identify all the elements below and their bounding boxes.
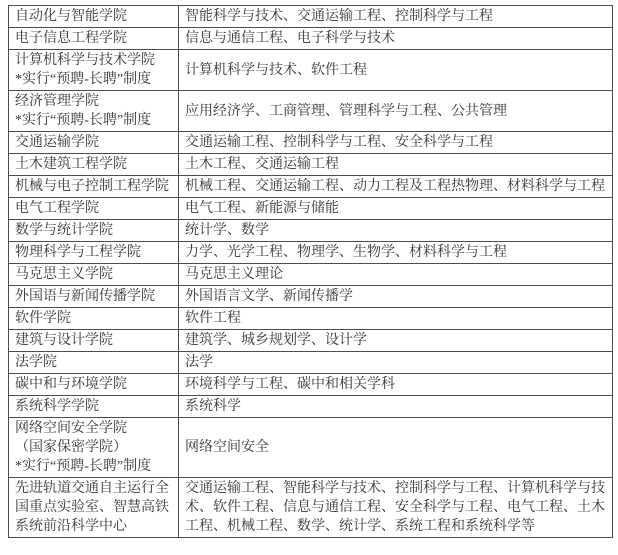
disciplines-cell: 应用经济学、工商管理、管理科学与工程、公共管理	[179, 91, 613, 132]
college-cell: 软件学院	[9, 308, 179, 330]
college-cell: 网络空间安全学院 （国家保密学院） *实行“预聘-长聘”制度	[9, 418, 179, 478]
college-cell: 交通运输学院	[9, 132, 179, 154]
disciplines-cell: 系统科学	[179, 396, 613, 418]
college-cell: 电子信息工程学院	[9, 28, 179, 50]
disciplines-cell: 网络空间安全	[179, 418, 613, 478]
document-page: 自动化与智能学院 智能科学与技术、交通运输工程、控制科学与工程 电子信息工程学院…	[0, 0, 618, 555]
disciplines-cell: 信息与通信工程、电子科学与技术	[179, 28, 613, 50]
disciplines-cell: 计算机科学与技术、软件工程	[179, 50, 613, 91]
table-row: 碳中和与环境学院 环境科学与工程、碳中和相关学科	[9, 374, 613, 396]
table-row: 交通运输学院 交通运输工程、控制科学与工程、安全科学与工程	[9, 132, 613, 154]
disciplines-cell: 马克思主义理论	[179, 264, 613, 286]
disciplines-cell: 交通运输工程、智能科学与技术、控制科学与工程、计算机科学与技术、软件工程、信息与…	[179, 478, 613, 538]
college-cell: 经济管理学院 *实行“预聘-长聘”制度	[9, 91, 179, 132]
disciplines-cell: 机械工程、交通运输工程、动力工程及工程热物理、材料科学与工程	[179, 176, 613, 198]
disciplines-cell: 智能科学与技术、交通运输工程、控制科学与工程	[179, 6, 613, 28]
table-row: 软件学院 软件工程	[9, 308, 613, 330]
college-cell: 马克思主义学院	[9, 264, 179, 286]
college-cell: 电气工程学院	[9, 198, 179, 220]
college-cell: 系统科学学院	[9, 396, 179, 418]
disciplines-cell: 统计学、数学	[179, 220, 613, 242]
college-cell: 物理科学与工程学院	[9, 242, 179, 264]
college-cell: 机械与电子控制工程学院	[9, 176, 179, 198]
table-row: 马克思主义学院 马克思主义理论	[9, 264, 613, 286]
table-row: 网络空间安全学院 （国家保密学院） *实行“预聘-长聘”制度 网络空间安全	[9, 418, 613, 478]
table-row: 物理科学与工程学院 力学、光学工程、物理学、生物学、材料科学与工程	[9, 242, 613, 264]
disciplines-cell: 软件工程	[179, 308, 613, 330]
college-cell: 外国语与新闻传播学院	[9, 286, 179, 308]
college-cell: 土木建筑工程学院	[9, 154, 179, 176]
college-cell: 计算机科学与技术学院 *实行“预聘-长聘”制度	[9, 50, 179, 91]
table-row: 数学与统计学院 统计学、数学	[9, 220, 613, 242]
table-row: 电子信息工程学院 信息与通信工程、电子科学与技术	[9, 28, 613, 50]
table-row: 经济管理学院 *实行“预聘-长聘”制度 应用经济学、工商管理、管理科学与工程、公…	[9, 91, 613, 132]
disciplines-cell: 交通运输工程、控制科学与工程、安全科学与工程	[179, 132, 613, 154]
college-cell: 数学与统计学院	[9, 220, 179, 242]
disciplines-cell: 环境科学与工程、碳中和相关学科	[179, 374, 613, 396]
college-cell: 碳中和与环境学院	[9, 374, 179, 396]
table-row: 土木建筑工程学院 土木工程、交通运输工程	[9, 154, 613, 176]
college-disciplines-table: 自动化与智能学院 智能科学与技术、交通运输工程、控制科学与工程 电子信息工程学院…	[8, 5, 613, 538]
college-cell: 法学院	[9, 352, 179, 374]
table-row: 外国语与新闻传播学院 外国语言文学、新闻传播学	[9, 286, 613, 308]
disciplines-cell: 土木工程、交通运输工程	[179, 154, 613, 176]
table-row: 法学院 法学	[9, 352, 613, 374]
disciplines-cell: 力学、光学工程、物理学、生物学、材料科学与工程	[179, 242, 613, 264]
disciplines-cell: 外国语言文学、新闻传播学	[179, 286, 613, 308]
table-row: 机械与电子控制工程学院 机械工程、交通运输工程、动力工程及工程热物理、材料科学与…	[9, 176, 613, 198]
table-row: 建筑与设计学院 建筑学、城乡规划学、设计学	[9, 330, 613, 352]
disciplines-cell: 建筑学、城乡规划学、设计学	[179, 330, 613, 352]
disciplines-cell: 法学	[179, 352, 613, 374]
disciplines-cell: 电气工程、新能源与储能	[179, 198, 613, 220]
table-row: 系统科学学院 系统科学	[9, 396, 613, 418]
table-row: 计算机科学与技术学院 *实行“预聘-长聘”制度 计算机科学与技术、软件工程	[9, 50, 613, 91]
table-row: 先进轨道交通自主运行全国重点实验室、智慧高铁系统前沿科学中心 交通运输工程、智能…	[9, 478, 613, 538]
college-cell: 先进轨道交通自主运行全国重点实验室、智慧高铁系统前沿科学中心	[9, 478, 179, 538]
table-row: 电气工程学院 电气工程、新能源与储能	[9, 198, 613, 220]
college-cell: 自动化与智能学院	[9, 6, 179, 28]
table-row: 自动化与智能学院 智能科学与技术、交通运输工程、控制科学与工程	[9, 6, 613, 28]
college-cell: 建筑与设计学院	[9, 330, 179, 352]
